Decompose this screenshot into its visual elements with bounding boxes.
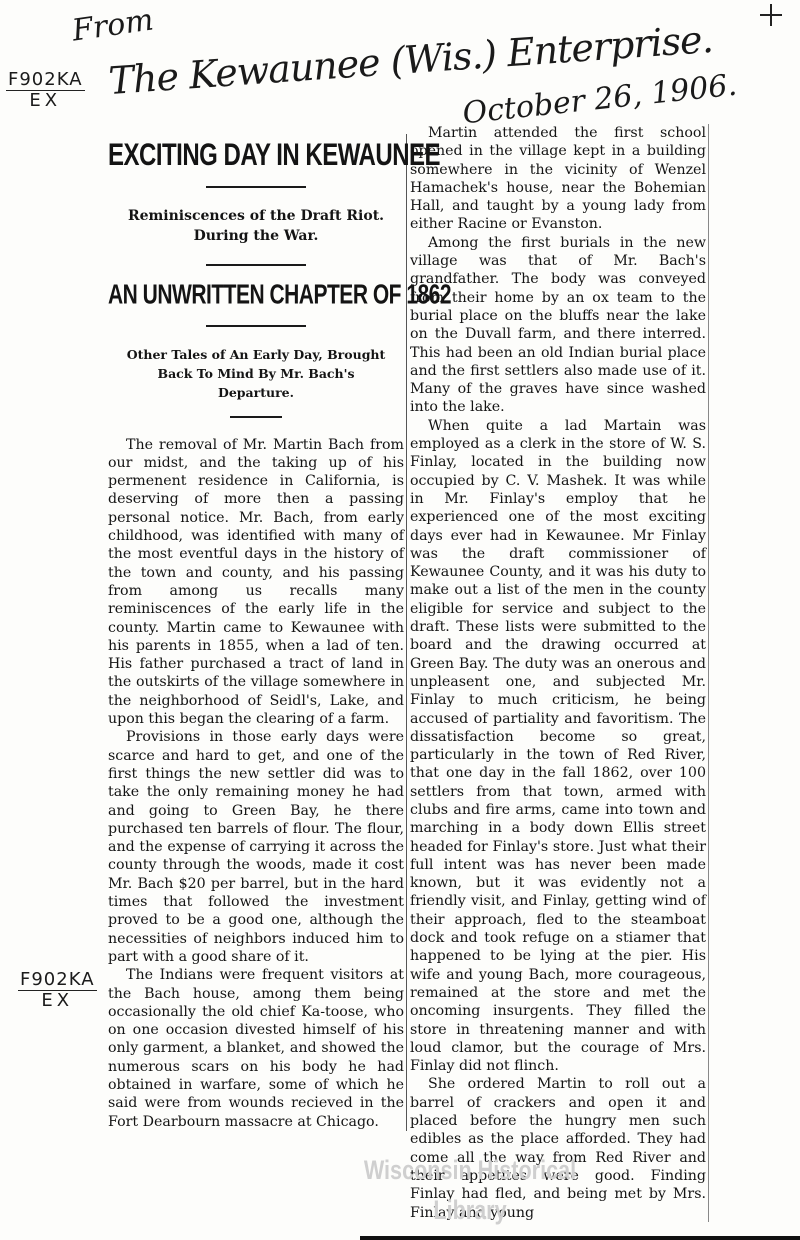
headline: EXCITING DAY IN KEWAUNEE [108,144,404,168]
paragraph: Among the first burials in the new villa… [410,234,706,417]
subheadline-line: During the War. [108,226,404,246]
divider [206,264,306,266]
deck-line: Departure. [108,383,404,402]
registration-mark-icon [760,4,782,26]
paragraph: When quite a lad Martain was employed as… [410,417,706,1076]
deck: Other Tales of An Early Day, Brought Bac… [108,345,404,402]
paragraph: Martin attended the first school opened … [410,124,706,234]
divider [230,416,282,418]
handwritten-date: October 26, 1906. [461,68,739,132]
stamp-line: Wisconsin Historical [358,1150,582,1190]
deck-line: Back To Mind By Mr. Bach's [108,364,404,383]
divider [206,186,306,188]
paragraph: The removal of Mr. Martin Bach from our … [108,436,404,729]
deck-line: Other Tales of An Early Day, Brought [108,345,404,364]
library-stamp: Wisconsin Historical Library [358,1150,582,1230]
article-right-column: Martin attended the first school opened … [410,124,709,1222]
scan-edge [360,1236,800,1240]
secondary-headline: AN UNWRITTEN CHAPTER OF 1862 [108,284,404,308]
catalog-code-line2: EX [6,91,85,111]
paragraph: The Indians were frequent visitors at th… [108,966,404,1131]
catalog-code-line2: EX [18,991,97,1011]
catalog-code-top: F902KA EX [6,70,85,111]
article-left-column: EXCITING DAY IN KEWAUNEE Reminiscences o… [108,134,407,1131]
handwritten-from: From [70,2,156,48]
divider [206,325,306,327]
catalog-code-margin: F902KA EX [18,970,97,1011]
subheadline-line: Reminiscences of the Draft Riot. [108,206,404,226]
subheadline: Reminiscences of the Draft Riot. During … [108,206,404,246]
stamp-line: Library [358,1190,582,1230]
paragraph: Provisions in those early days were scar… [108,728,404,966]
catalog-code-line1: F902KA [6,70,85,91]
catalog-code-line1: F902KA [18,970,97,991]
